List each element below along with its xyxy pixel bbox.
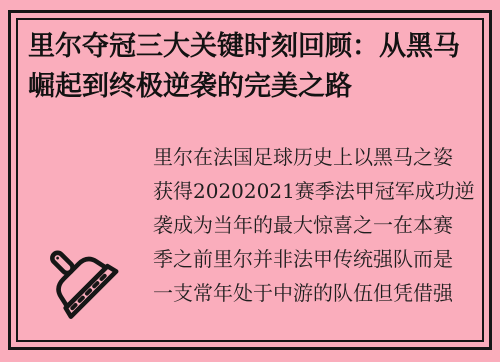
article-body-line: 季之前里尔并非法甲传统强队而是 [153, 242, 473, 276]
article-title-line: 崛起到终极逆袭的完美之路 [28, 66, 473, 106]
article-page: 里尔夺冠三大关键时刻回顾：从黑马崛起到终极逆袭的完美之路 里尔在法国足球历史上以… [0, 0, 500, 362]
article-title: 里尔夺冠三大关键时刻回顾：从黑马崛起到终极逆袭的完美之路 [28, 26, 473, 106]
article-body: 里尔在法国足球历史上以黑马之姿获得20202021赛季法甲冠军成功逆袭成为当年的… [153, 140, 473, 310]
article-body-line: 里尔在法国足球历史上以黑马之姿 [153, 140, 473, 174]
dustpan-icon [34, 236, 122, 324]
article-title-line: 里尔夺冠三大关键时刻回顾：从黑马 [28, 26, 473, 66]
article-body-line: 获得20202021赛季法甲冠军成功逆 [153, 174, 473, 208]
article-body-line: 袭成为当年的最大惊喜之一在本赛 [153, 208, 473, 242]
article-body-line: 一支常年处于中游的队伍但凭借强 [153, 276, 473, 310]
